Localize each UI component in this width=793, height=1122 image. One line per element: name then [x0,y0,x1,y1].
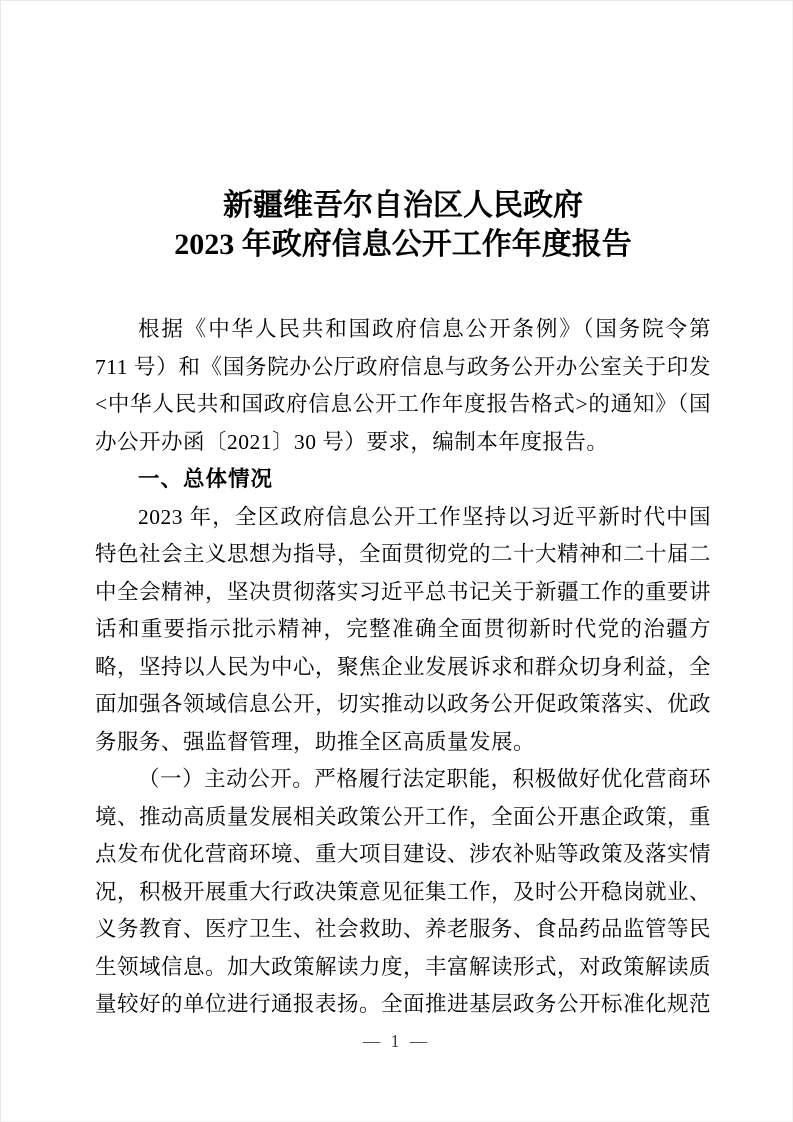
page-content: 新疆维吾尔自治区人民政府 2023 年政府信息公开工作年度报告 根据《中华人民共… [95,0,711,1024]
document-title-line-2: 2023 年政府信息公开工作年度报告 [95,225,711,264]
intro-paragraph: 根据《中华人民共和国政府信息公开条例》（国务院令第 711 号）和《国务院办公厅… [95,311,711,461]
document-page: 新疆维吾尔自治区人民政府 2023 年政府信息公开工作年度报告 根据《中华人民共… [0,0,793,1122]
section-1-overview-paragraph: 2023 年，全区政府信息公开工作坚持以习近平新时代中国特色社会主义思想为指导，… [95,499,711,762]
page-number: — 1 — [0,1031,793,1052]
document-title: 新疆维吾尔自治区人民政府 2023 年政府信息公开工作年度报告 [95,186,711,264]
subsection-1-active-disclosure-paragraph: （一）主动公开。严格履行法定职能，积极做好优化营商环境、推动高质量发展相关政策公… [95,761,711,1024]
document-title-line-1: 新疆维吾尔自治区人民政府 [95,186,711,225]
section-1-heading: 一、总体情况 [95,461,711,499]
document-body: 根据《中华人民共和国政府信息公开条例》（国务院令第 711 号）和《国务院办公厅… [95,311,711,1024]
